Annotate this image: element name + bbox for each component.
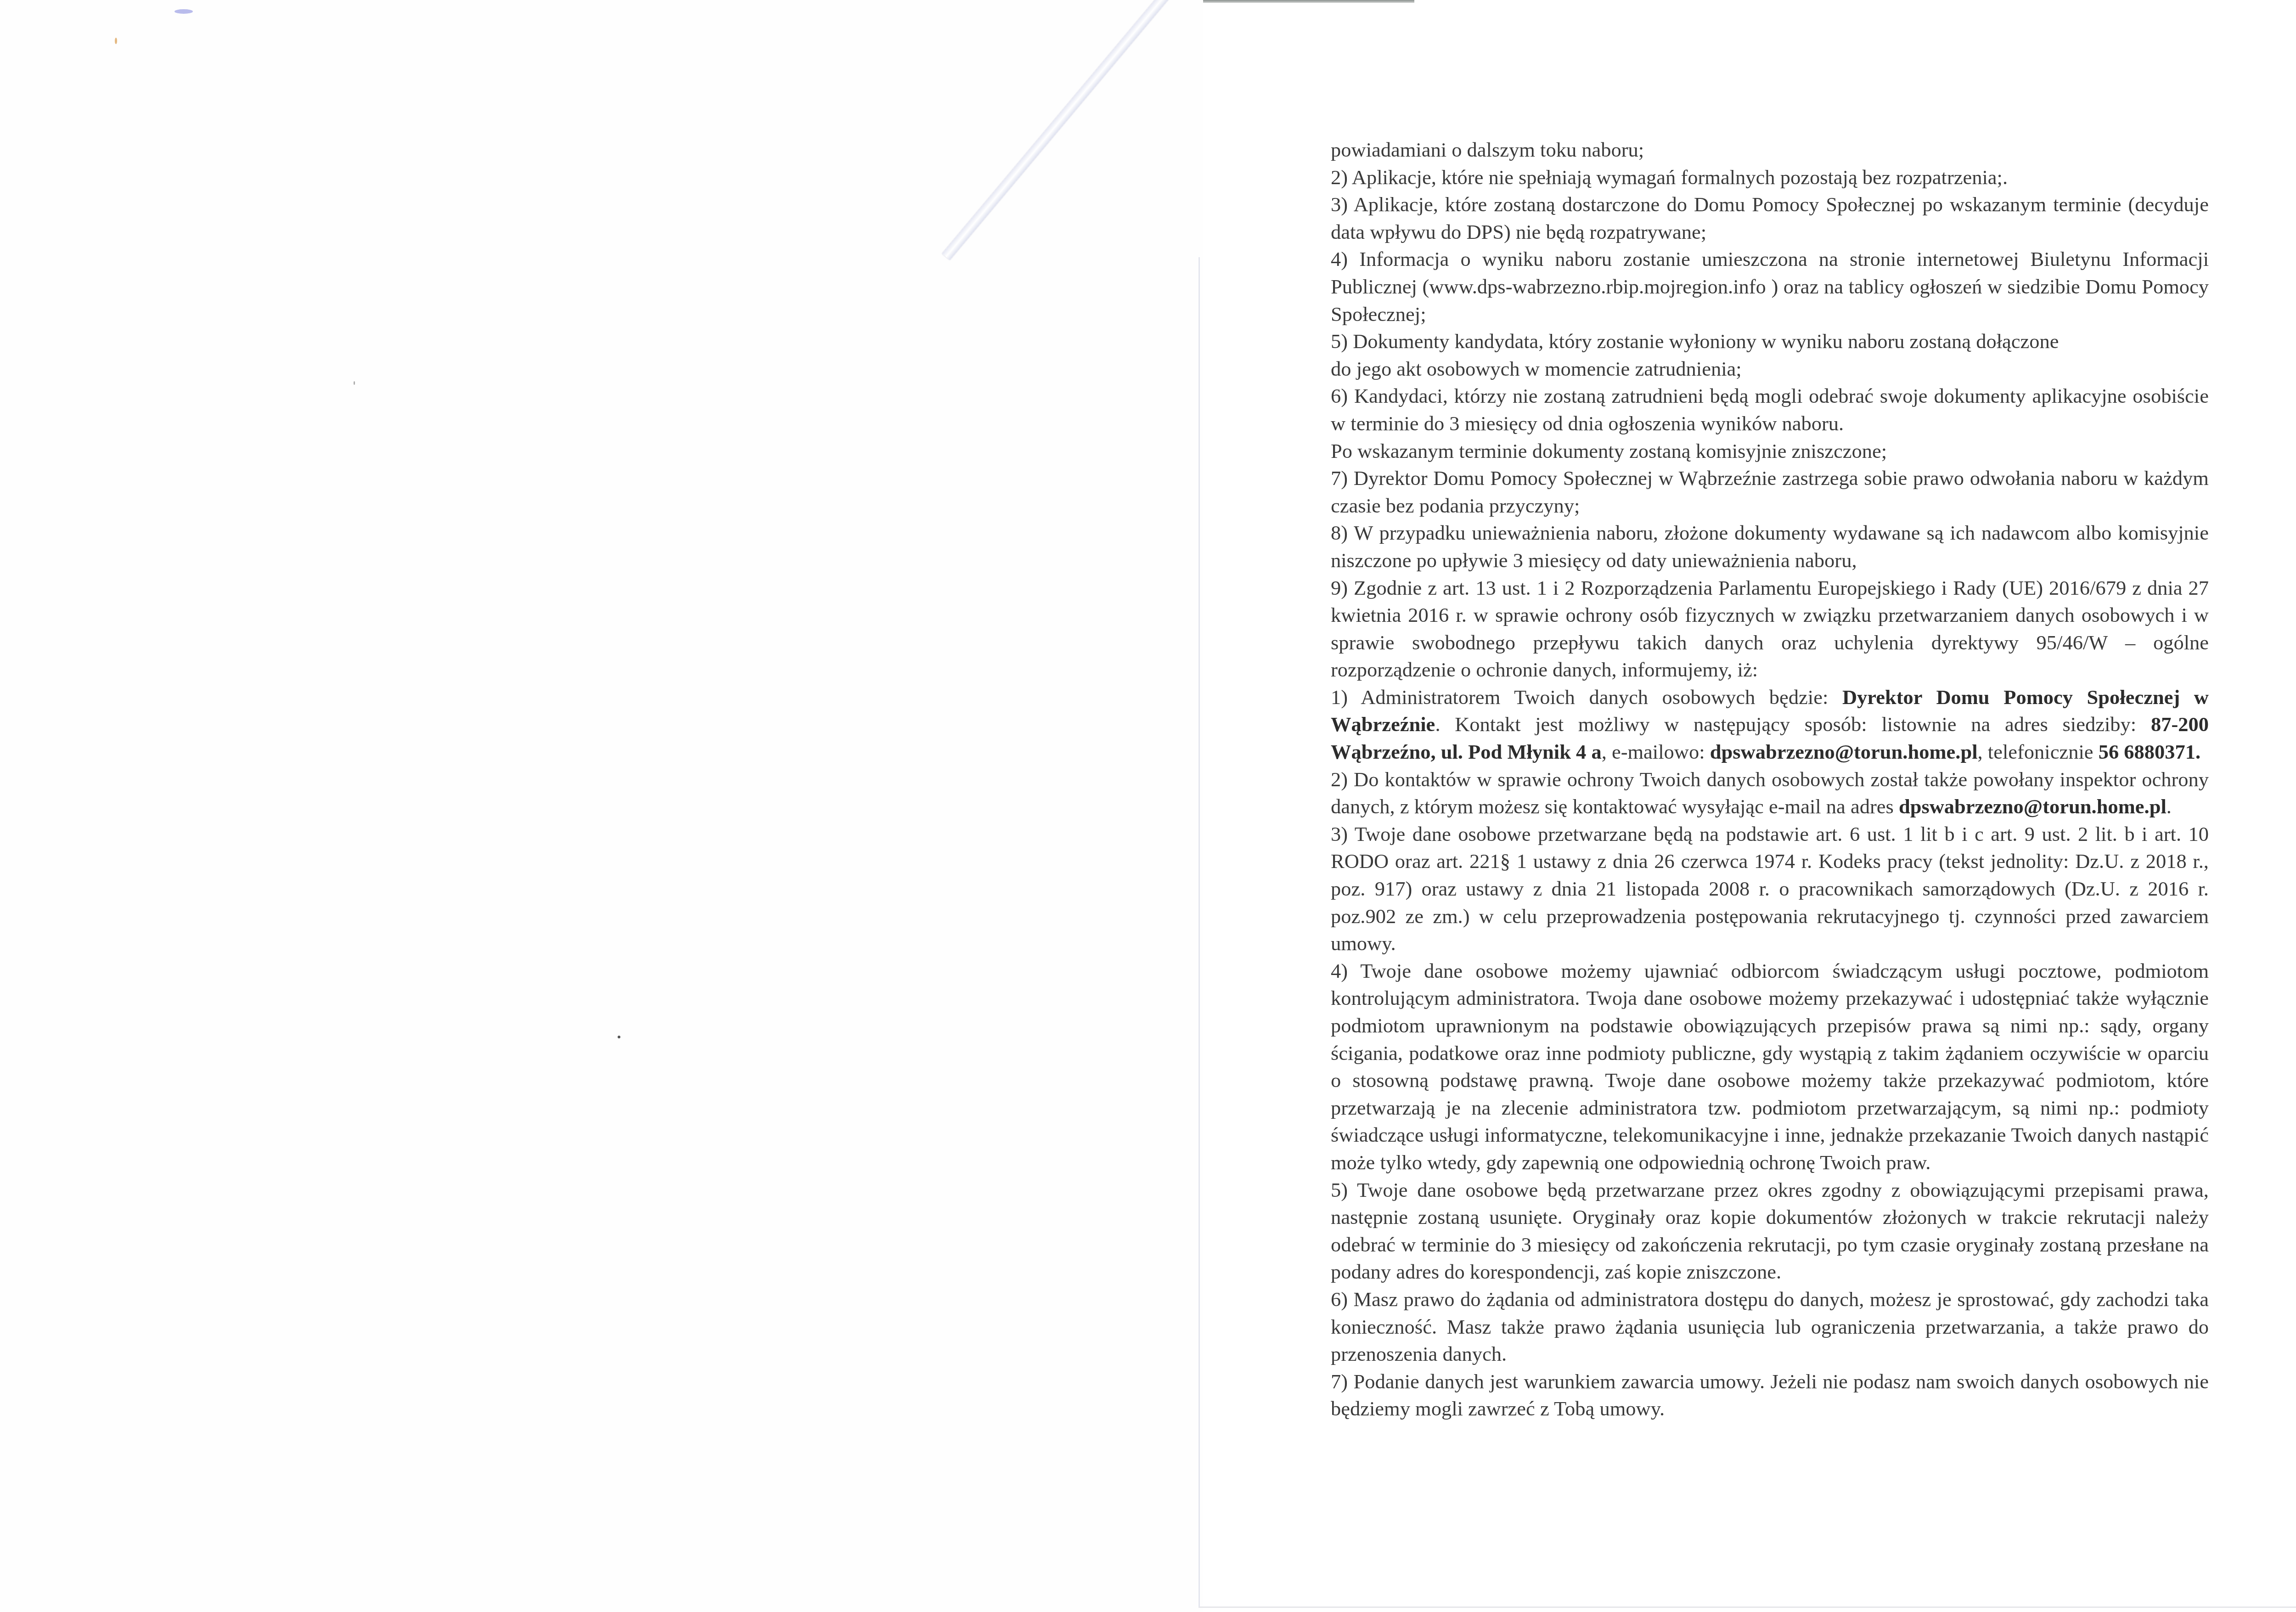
text: , telefonicznie xyxy=(1978,740,2099,763)
ink-speck xyxy=(354,381,355,385)
list-item: 6) Masz prawo do żądania od administrato… xyxy=(1331,1286,2209,1368)
text: , e-mailowo: xyxy=(1602,740,1710,763)
paragraph: powiadamiani o dalszym toku naboru; xyxy=(1331,136,2209,164)
list-item: 7) Podanie danych jest warunkiem zawarci… xyxy=(1331,1368,2209,1423)
list-item: 6) Kandydaci, którzy nie zostaną zatrudn… xyxy=(1331,383,2209,437)
email-link[interactable]: dpswabrzezno@torun.home.pl xyxy=(1710,740,1978,763)
list-item: 5) Twoje dane osobowe będą przetwarzane … xyxy=(1331,1177,2209,1286)
document-body: powiadamiani o dalszym toku naboru; 2) A… xyxy=(1331,136,2209,1423)
ink-speck xyxy=(618,1036,620,1038)
ink-speck xyxy=(115,38,117,44)
list-item: 7) Dyrektor Domu Pomocy Społecznej w Wąb… xyxy=(1331,465,2209,519)
list-item: 3) Aplikacje, które zostaną dostarczone … xyxy=(1331,191,2209,246)
list-item: Po wskazanym terminie dokumenty zostaną … xyxy=(1331,438,2209,465)
list-item: 2) Aplikacje, które nie spełniają wymaga… xyxy=(1331,164,2209,192)
list-item: 4) Twoje dane osobowe możemy ujawniać od… xyxy=(1331,958,2209,1177)
list-item: 9) Zgodnie z art. 13 ust. 1 i 2 Rozporzą… xyxy=(1331,575,2209,684)
phone-number: 56 6880371. xyxy=(2099,740,2201,763)
email-link[interactable]: dpswabrzezno@torun.home.pl xyxy=(1899,795,2167,818)
list-item: 4) Informacja o wyniku naboru zostanie u… xyxy=(1331,246,2209,328)
blank-left-page xyxy=(0,0,1203,1612)
list-item: do jego akt osobowych w momencie zatrudn… xyxy=(1331,355,2209,383)
ink-speck xyxy=(174,9,193,14)
list-item: 5) Dokumenty kandydata, który zostanie w… xyxy=(1331,328,2209,355)
text: . xyxy=(2167,795,2172,818)
list-item: 3) Twoje dane osobowe przetwarzane będą … xyxy=(1331,821,2209,958)
gdpr-administrator-item: 1) Administratorem Twoich danych osobowy… xyxy=(1331,684,2209,766)
text: . Kontakt jest możliwy w następujący spo… xyxy=(1435,713,2151,736)
list-item: 8) W przypadku unieważnienia naboru, zło… xyxy=(1331,519,2209,574)
text: 1) Administratorem Twoich danych osobowy… xyxy=(1331,686,1842,709)
gdpr-inspector-item: 2) Do kontaktów w sprawie ochrony Twoich… xyxy=(1331,766,2209,821)
